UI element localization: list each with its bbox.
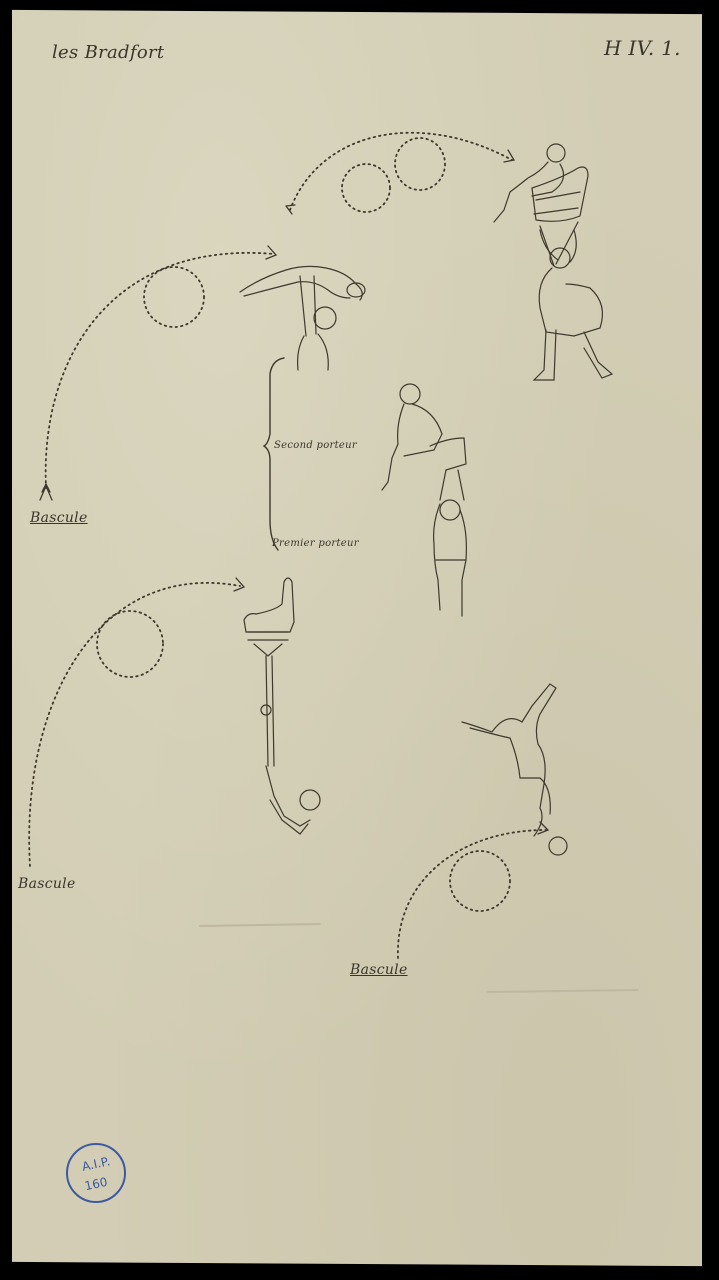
figure-perch-pole-chair <box>244 578 320 834</box>
figure-flying-acrobat <box>462 684 567 855</box>
document-title: les Bradfort <box>52 42 164 63</box>
figure-seated-on-chair <box>382 384 466 616</box>
trajectory-top-right <box>290 133 512 212</box>
label-premier-porteur: Premier porteur <box>272 538 359 549</box>
label-bascule-2: Bascule <box>18 876 76 892</box>
archive-stamp: A.I.P. 160 <box>66 1143 126 1203</box>
bracket <box>264 358 284 550</box>
trajectory-bottom-right <box>398 830 546 958</box>
acrobat-sketches <box>0 0 719 1280</box>
trajectory-left-middle <box>29 583 240 866</box>
figure-hand-to-hand <box>240 266 365 370</box>
figure-chair-porter-top-right <box>494 144 612 380</box>
trajectory-left-top <box>46 253 274 488</box>
label-bascule-3: Bascule <box>350 962 408 978</box>
label-second-porteur: Second porteur <box>274 440 357 451</box>
document-reference: H IV. 1. <box>604 36 681 60</box>
label-bascule-1: Bascule <box>30 510 88 526</box>
